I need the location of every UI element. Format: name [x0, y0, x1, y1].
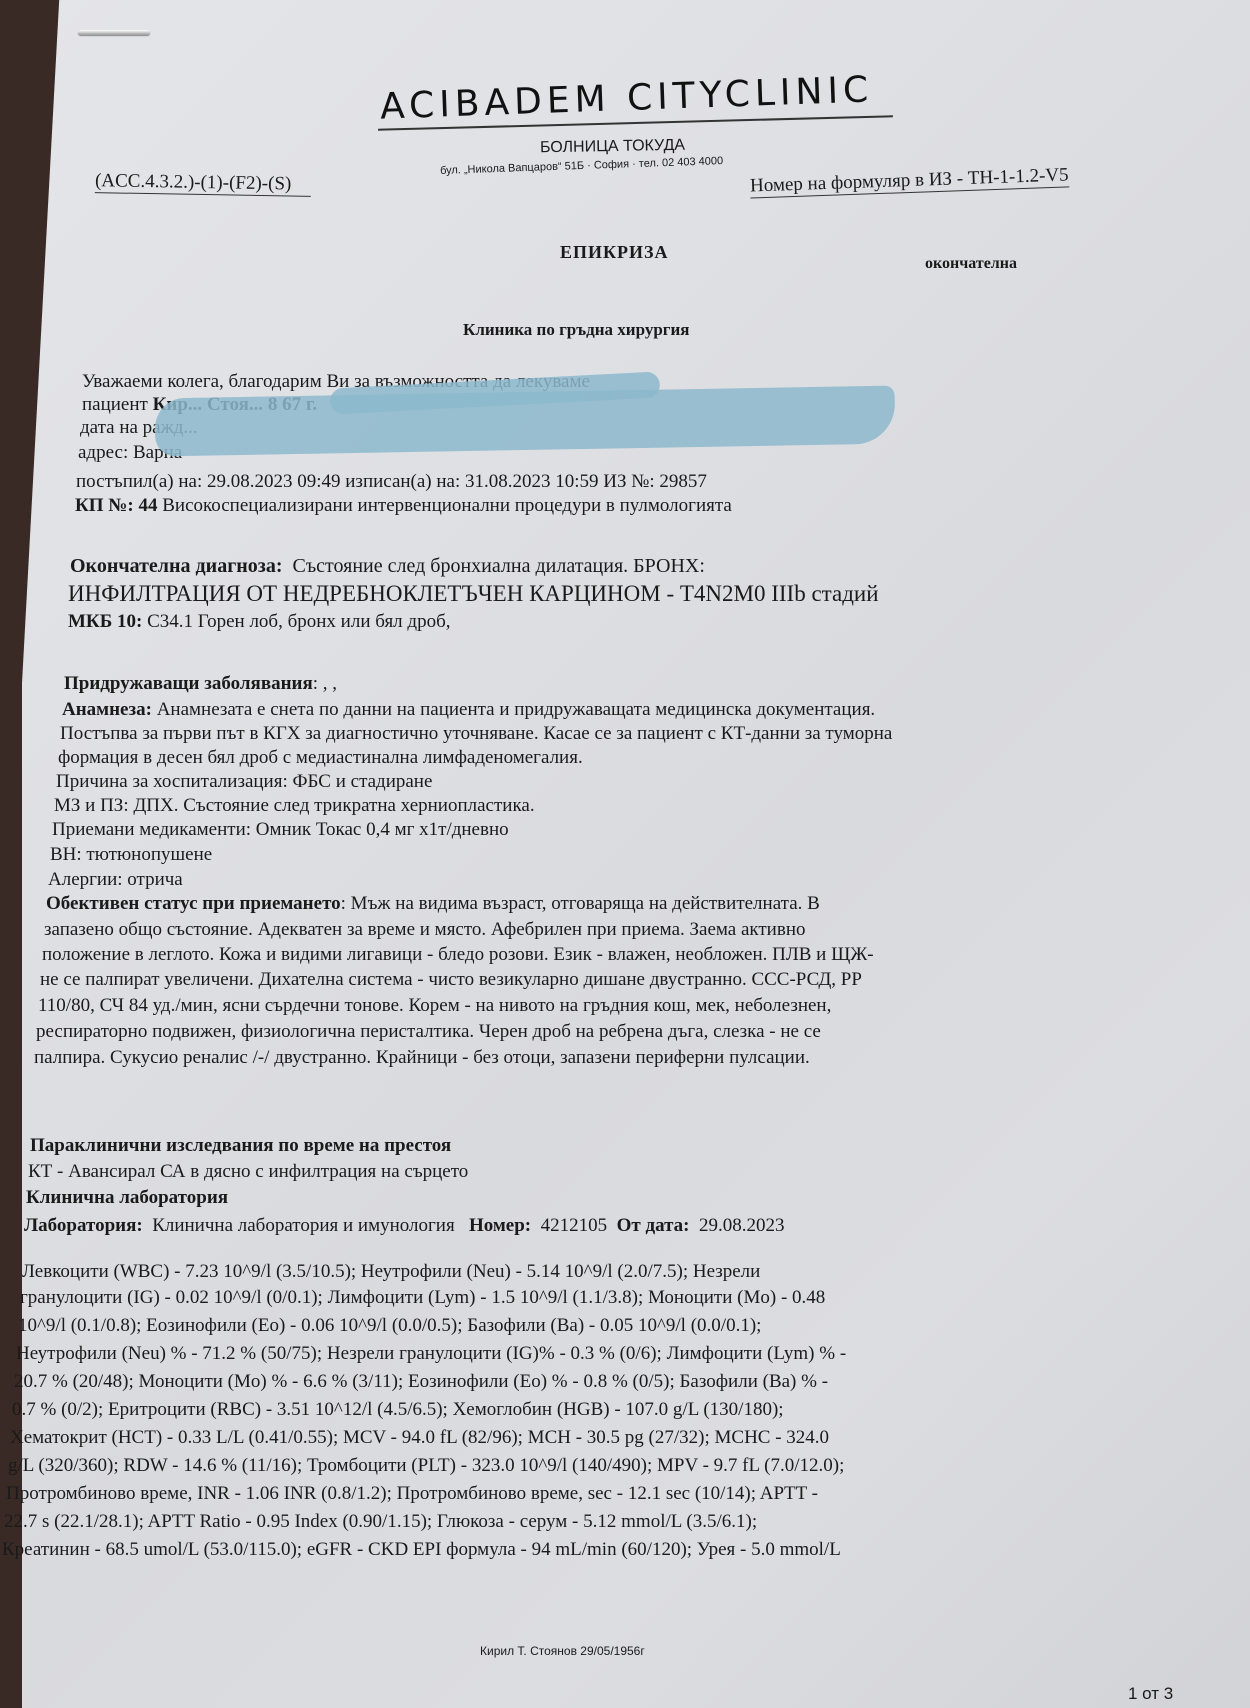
- form-number: Номер на формуляр в ИЗ - ТН-1-1.2-V5: [750, 164, 1069, 198]
- anamnesis-line: Постъпва за първи път в КГХ за диагности…: [60, 724, 892, 743]
- hospital-address: бул. „Никола Вапцаров“ 51Б · София · тел…: [440, 155, 723, 177]
- lab-result-line: гранулоцити (IG) - 0.02 10^9/l (0/0.1); …: [20, 1288, 825, 1307]
- lab-result-line: Левкоцити (WBC) - 7.23 10^9/l (3.5/10.5)…: [22, 1262, 760, 1281]
- form-code: (ACC.4.3.2.)-(1)-(F2)-(S): [95, 170, 312, 197]
- lab-header: Лаборатория: Клинична лаборатория и имун…: [24, 1216, 785, 1235]
- ct-result: КТ - Авансирал СА в дясно с инфилтрация …: [28, 1162, 468, 1181]
- final-diagnosis: Окончателна диагноза: Състояние след бро…: [70, 556, 705, 576]
- anamnesis-line: формация в десен бял дроб с медиастиналн…: [58, 748, 583, 767]
- page-number: 1 от 3: [1128, 1684, 1173, 1704]
- diagnosis-detail: ИНФИЛТРАЦИЯ ОТ НЕДРЕБНОКЛЕТЪЧЕН КАРЦИНОМ…: [68, 582, 879, 605]
- status-line: положение в леглото. Кожа и видими лигав…: [42, 945, 874, 964]
- hospital-name: БОЛНИЦА ТОКУДА: [540, 137, 685, 158]
- status-line: палпира. Сукусио реналис /-/ двустранно.…: [34, 1048, 810, 1067]
- lab-section-title: Клинична лаборатория: [26, 1188, 228, 1207]
- document-status: окончателна: [925, 255, 1017, 273]
- lab-result-line: 22.7 s (22.1/28.1); APTT Ratio - 0.95 In…: [4, 1512, 757, 1531]
- epicrisis-document: ACIBADEM CITYCLINIC БОЛНИЦА ТОКУДА бул. …: [0, 0, 1250, 1708]
- icd10-code: МКБ 10: C34.1 Горен лоб, бронх или бял д…: [68, 612, 451, 631]
- clinic-name: Клиника по гръдна хирургия: [463, 320, 690, 340]
- footer-patient: Кирил Т. Стоянов 29/05/1956г: [480, 1644, 645, 1658]
- lab-result-line: Креатинин - 68.5 umol/L (53.0/115.0); eG…: [2, 1540, 841, 1559]
- lab-result-line: 20.7 % (20/48); Моноцити (Mo) % - 6.6 % …: [14, 1372, 828, 1391]
- status-line: запазено общо състояние. Адекватен за вр…: [44, 920, 806, 939]
- comorbid-history: МЗ и ПЗ: ДПХ. Състояние след трикратна х…: [54, 796, 535, 815]
- objective-status: Обективен статус при приемането: Мъж на …: [46, 894, 820, 913]
- status-line: не се палпират увеличени. Дихателна сист…: [40, 970, 862, 989]
- lab-result-line: 10^9/l (0.1/0.8); Еозинофили (Eo) - 0.06…: [18, 1316, 761, 1335]
- paraclinical-label: Параклинични изследвания по време на пре…: [30, 1136, 451, 1155]
- patient-label: пациент: [82, 394, 148, 415]
- status-line: респираторно подвижен, физиологична пери…: [36, 1022, 821, 1041]
- document-title: ЕПИКРИЗА: [560, 242, 669, 263]
- lab-result-line: 0.7 % (0/2); Еритроцити (RBC) - 3.51 10^…: [12, 1400, 784, 1419]
- clinical-pathway: КП №: 44 Високоспециализирани интервенци…: [75, 496, 732, 515]
- lab-result-line: Неутрофили (Neu) % - 71.2 % (50/75); Нез…: [16, 1344, 846, 1363]
- risk-factors: ВН: тютюнопушене: [50, 845, 212, 864]
- comorbidities: Придружаващи заболявания: , ,: [64, 674, 337, 693]
- allergies: Алергии: отрича: [48, 870, 183, 889]
- lab-result-line: Протромбиново време, INR - 1.06 INR (0.8…: [6, 1484, 818, 1503]
- hospitalization-reason: Причина за хоспитализация: ФБС и стадира…: [56, 772, 432, 791]
- status-line: 110/80, СЧ 84 уд./мин, ясни сърдечни тон…: [38, 996, 831, 1015]
- anamnesis: Анамнеза: Анамнезата е снета по данни на…: [62, 700, 875, 719]
- lab-result-line: g/L (320/360); RDW - 14.6 % (11/16); Тро…: [8, 1456, 844, 1475]
- lab-result-line: Хематокрит (HCT) - 0.33 L/L (0.41/0.55);…: [10, 1428, 829, 1447]
- admission-line: постъпил(а) на: 29.08.2023 09:49 изписан…: [76, 472, 707, 491]
- medications: Приемани медикаменти: Омник Токас 0,4 мг…: [52, 820, 509, 839]
- redaction: [155, 386, 896, 457]
